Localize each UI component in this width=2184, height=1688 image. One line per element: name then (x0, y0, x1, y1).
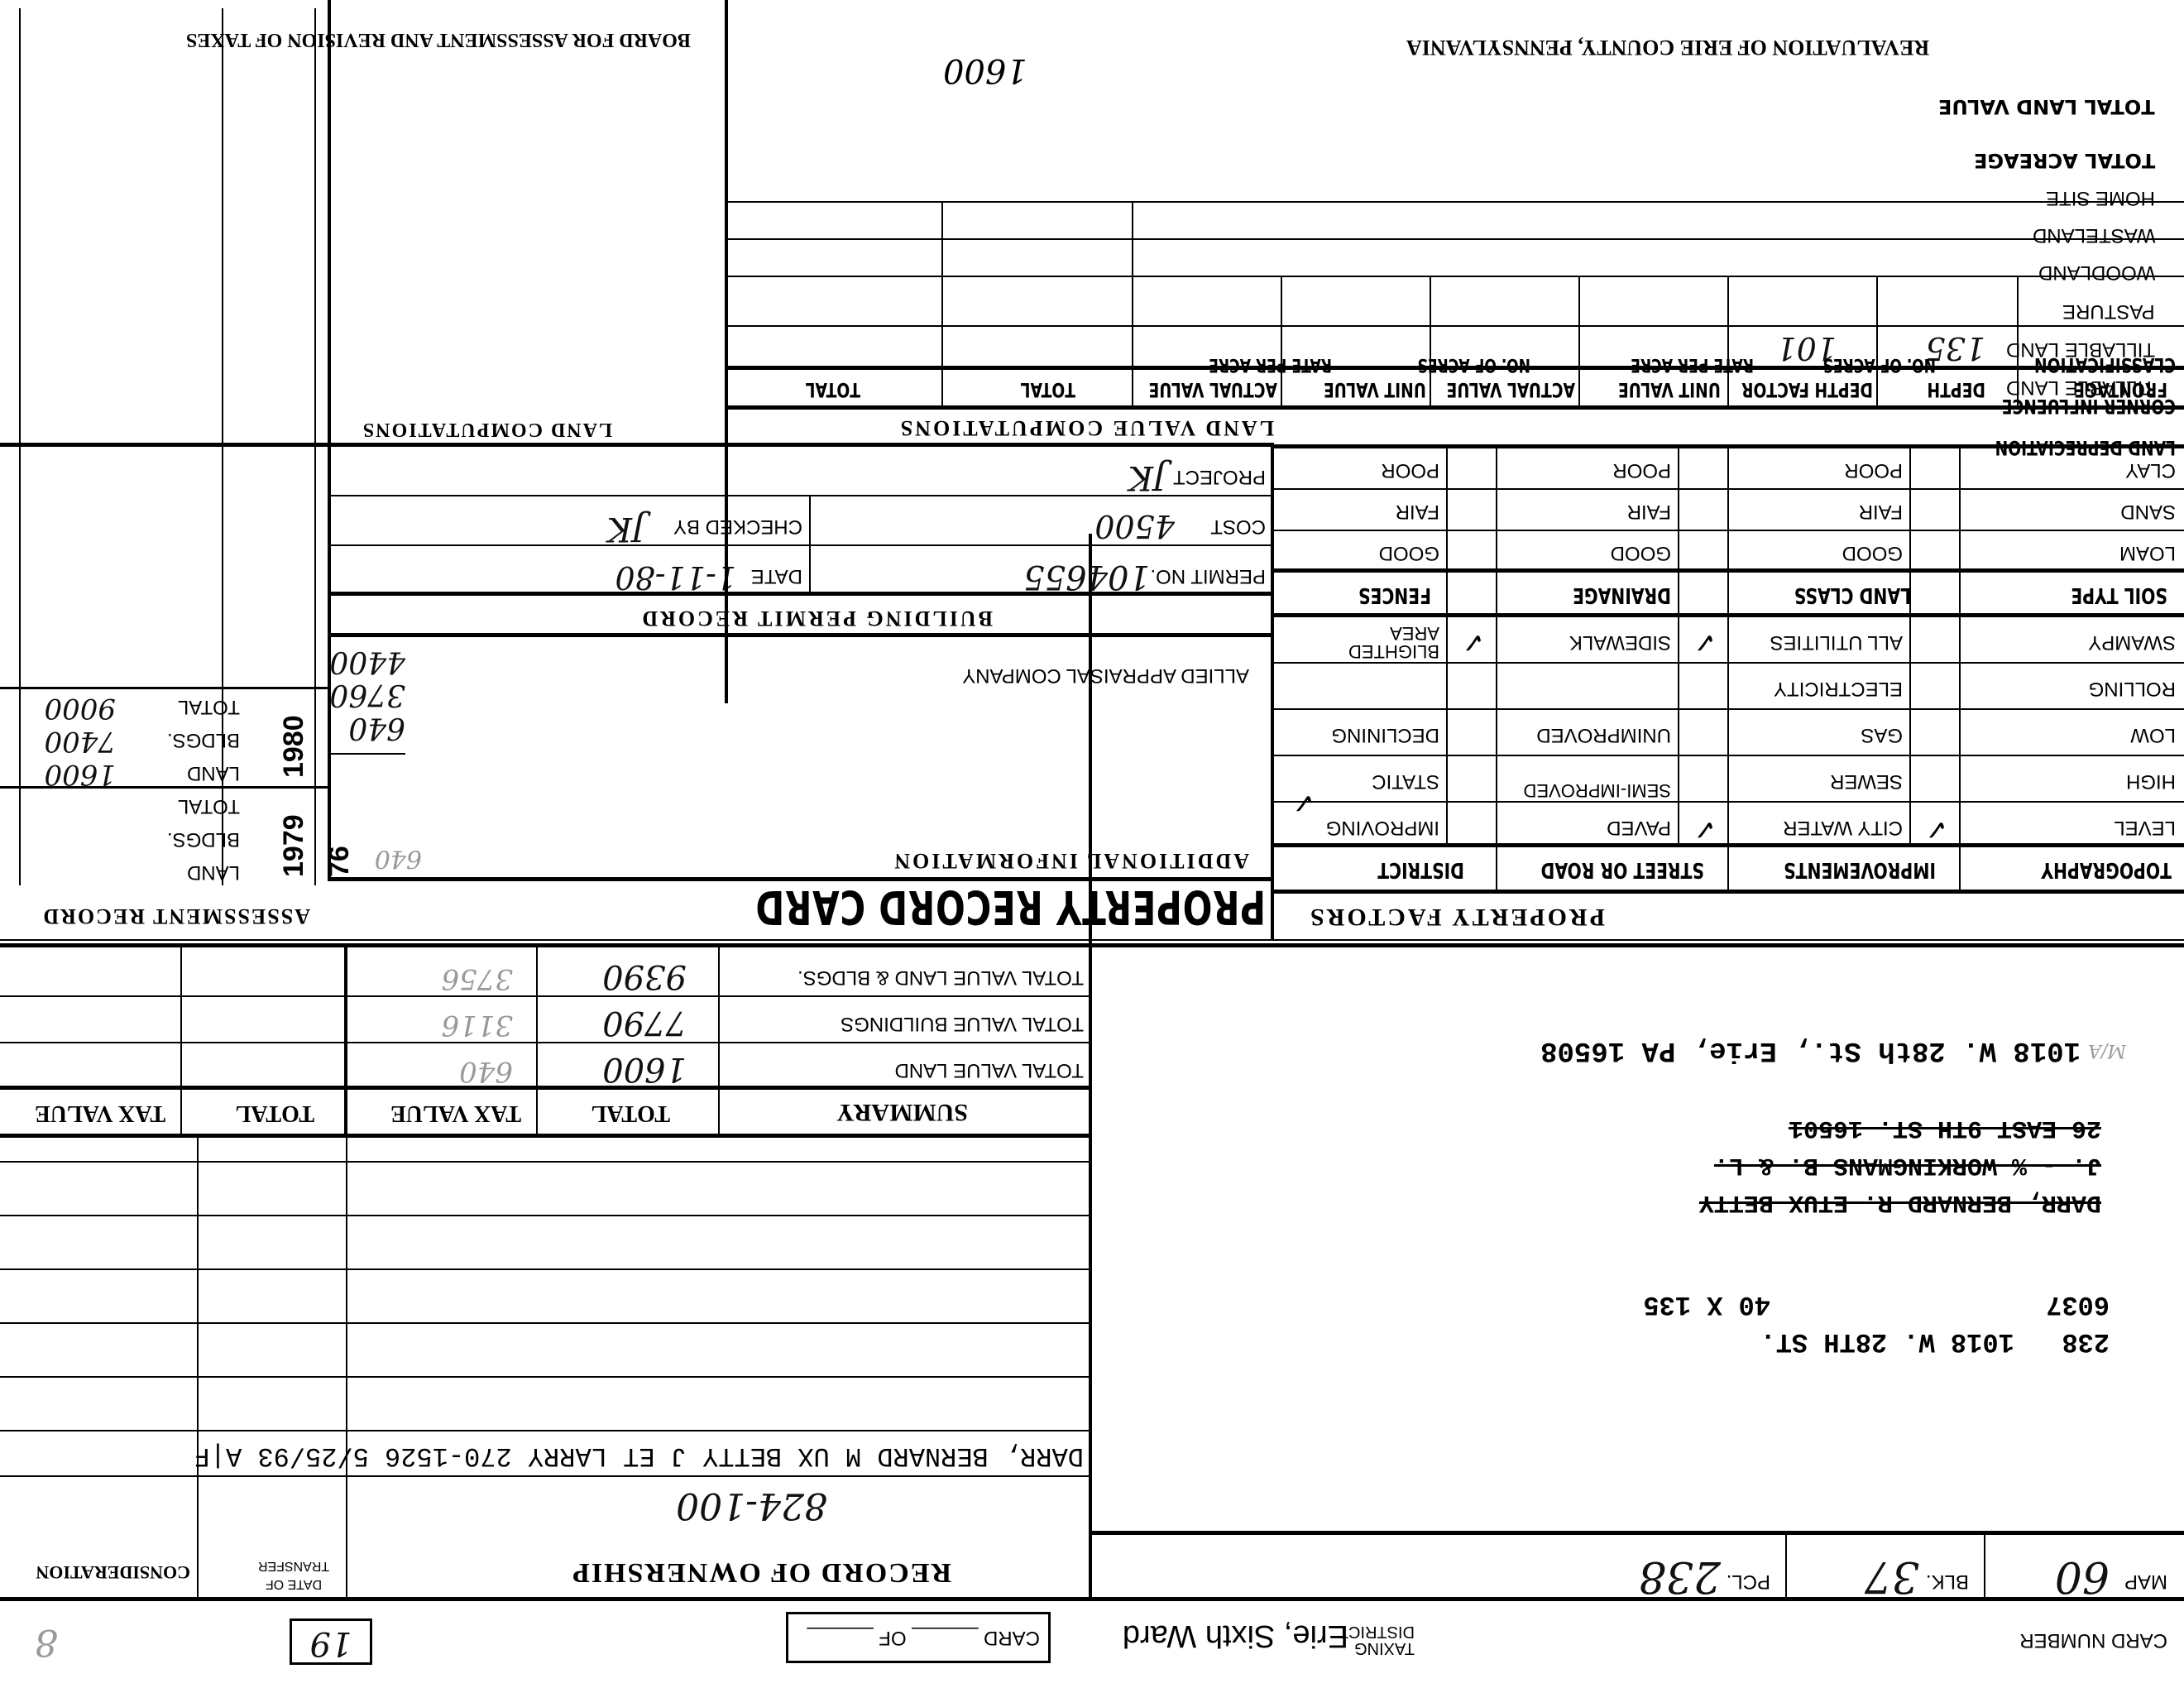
summary-title: SUMMARY (836, 1098, 968, 1126)
corner-mark: 8 (35, 1621, 58, 1663)
header-title-revaluation: REVALUATION OF ERIE COUNTY, PENNSYLVANIA (1406, 35, 1929, 60)
lv-header-actual-value-2: ACTUAL VALUE (1148, 378, 1277, 401)
cost-label: COST (1210, 515, 1266, 538)
cost-value: 4500 (1094, 508, 1175, 544)
fence-poor: POOR (1381, 458, 1439, 482)
blk-value: 37 (1865, 1551, 1919, 1601)
blk-label: BLK. (1926, 1570, 1969, 1593)
total-land-value: 1600 (943, 51, 1027, 89)
summary-col-total: TOTAL (591, 1100, 670, 1126)
lot-dimensions: 40 X 135 (1643, 1289, 1770, 1320)
summary-bldgs-tax: 3116 (441, 1009, 513, 1042)
permit-table: PERMIT NO. 104655 DATE 1-11-80 COST 4500… (331, 447, 1274, 596)
assessment-total-label: TOTAL (178, 695, 323, 718)
assessment-bldgs-label: BLDGS. (167, 827, 323, 851)
ownership-header: RECORD OF OWNERSHIP DATE OF TRANSFER CON… (0, 1535, 1092, 1601)
pf-paved-check[interactable]: ✓ (1693, 813, 1717, 846)
acre-row-pasture: PASTURE (2062, 300, 2155, 323)
property-address: 1018 W. 28TH ST. (1760, 1326, 2014, 1357)
lv-header-total-2: TOTAL (806, 378, 860, 401)
parcel-number: 238 (2062, 1326, 2110, 1357)
property-record-card-title: PROPERTY RECORD CARD (755, 880, 1266, 933)
summary-col-tax-value: TAX VALUE (390, 1100, 521, 1126)
property-code: 6037 (2046, 1289, 2110, 1320)
acre-row-total-acreage: TOTAL ACREAGE (1974, 149, 2155, 172)
header-title-board: BOARD FOR ASSESSMENT AND REVISION OF TAX… (186, 28, 691, 50)
pf-header-improvements: IMPROVEMENTS (1784, 857, 1936, 882)
drain-fair: FAIR (1627, 500, 1671, 523)
assessment-block-1980: 1980 LAND 1600 BLDGS. 7400 TOTAL 9000 (0, 687, 331, 786)
checked-by-value: JK (607, 510, 645, 548)
ownership-title: RECORD OF OWNERSHIP (571, 1556, 951, 1588)
additional-info-label: ADDITIONAL INFORMATION (892, 848, 1249, 873)
date-of-transfer-label: DATE OF TRANSFER (248, 1556, 339, 1593)
drain-good: GOOD (1611, 541, 1671, 564)
pf-gas: GAS (1861, 723, 1903, 746)
assessment-block-1979: 1979 76 LAND BLDGS. TOTAL (0, 786, 331, 885)
assessment-1980-bldgs: 7400 (44, 725, 116, 758)
assessment-total-label: TOTAL (178, 794, 323, 818)
permit-date-value: 1-11-80 (615, 559, 736, 596)
acre-row-tillable-2: TILLABLE LAND (2006, 338, 2155, 361)
pf2-header-fences: FENCES (1358, 583, 1431, 607)
pf-level: LEVEL (2114, 816, 2176, 839)
appraiser-name: ALLIED APPRAISAL COMPANY (962, 664, 1249, 687)
project-label: PROJECT (1173, 465, 1266, 488)
assessment-bldgs-label: BLDGS. (167, 728, 323, 751)
summary-grand-tax: 3756 (441, 962, 513, 995)
owner-struck-2: J. - % WORKINGMANS B. & L. (1714, 1151, 2101, 1179)
permit-date-label: DATE (751, 564, 802, 587)
pf-header-district: DISTRICT (1377, 857, 1464, 882)
acre-row-tillable-1: TILLABLE LAND (2006, 376, 2155, 399)
pf-sidewalk-check[interactable]: ✓ (1462, 626, 1486, 659)
pf-city-water: CITY WATER (1783, 816, 1903, 839)
taxing-district-value: Erie, Sixth Ward (1123, 1618, 1348, 1653)
owner-struck-1: DARR, BERNARD R. ETUX BETTY (1699, 1188, 2101, 1216)
checked-by-label: CHECKED BY (673, 515, 802, 538)
pf-header-street: STREET OR ROAD (1541, 857, 1704, 882)
box-number: 19 (290, 1618, 372, 1665)
pf-static: STATIC (1372, 770, 1439, 793)
pf-low: LOW (2130, 723, 2176, 746)
acre-row-wasteland: WASTELAND (2033, 223, 2155, 247)
pf-unimproved: UNIMPROVED (1536, 723, 1671, 746)
ownership-entry-2: DARR, BERNARD M UX BETTY J ET LARRY 270-… (194, 1441, 1084, 1471)
lv-header-unit-value-2: UNIT VALUE (1324, 378, 1426, 401)
assessment-land-label: LAND (187, 861, 323, 884)
pf-blighted-area: BLIGHTED AREA (1315, 624, 1439, 660)
map-value: 60 (2055, 1551, 2110, 1601)
note-640: 640 (348, 711, 405, 745)
assessment-land-label: LAND (187, 761, 323, 784)
assessment-1980-total: 9000 (44, 692, 116, 725)
pf-sewer: SEWER (1830, 770, 1903, 793)
summary-row-label-total: TOTAL VALUE LAND & BLDGS. (797, 966, 1084, 989)
note-4400: 4400 (329, 645, 405, 679)
note-3760: 3760 (329, 678, 405, 712)
pf-paved: PAVED (1607, 816, 1671, 839)
faint-note: 640 (375, 844, 422, 873)
summary-table: SUMMARY TOTAL TAX VALUE TOTAL TAX VALUE … (0, 947, 1092, 1138)
lv-header-actual-value-1: ACTUAL VALUE (1446, 378, 1575, 401)
summary-grand-total: 9390 (602, 957, 687, 995)
pf-high: HIGH (2126, 770, 2176, 793)
summary-row-label-land: TOTAL VALUE LAND (894, 1058, 1084, 1081)
assessment-record-title: ASSESSMENT RECORD (41, 904, 310, 928)
summary-row-label-bldgs: TOTAL VALUE BUILDINGS (841, 1012, 1084, 1035)
pf-static-check[interactable]: ✓ (1292, 786, 1316, 819)
acre-row-woodland: WOODLAND (2038, 261, 2155, 284)
pf-declining: DECLINING (1331, 723, 1439, 746)
land-value-computations-title: LAND VALUE COMPUTATIONS (898, 415, 1274, 440)
consideration-label: CONSIDERATION (36, 1561, 190, 1583)
mailing-prefix: M/A (2088, 1040, 2126, 1061)
summary-land-tax: 640 (459, 1055, 513, 1088)
project-value: JK (1128, 458, 1166, 496)
owner-struck-3: 26 EAST 9TH ST. 16501 (1789, 1114, 2101, 1142)
fence-good: GOOD (1379, 541, 1439, 564)
summary-extra-col-total: TOTAL (236, 1100, 314, 1126)
acre-row-home-site: HOME SITE (2046, 186, 2155, 209)
summary-bldgs-total: 7790 (602, 1004, 687, 1042)
map-blk-pcl-row: MAP 60 BLK. 37 PCL. 238 (1092, 1535, 2184, 1601)
pf-improving: IMPROVING (1326, 816, 1439, 839)
land-computations-label: LAND COMPUTATIONS (362, 418, 612, 440)
pf2-header-drainage: DRAINAGE (1573, 583, 1671, 607)
card-number-label: CARD NUMBER (2019, 1629, 2167, 1651)
pf-semi-improved: SEMI-IMPROVED (1522, 781, 1671, 799)
mailing-address: 1018 W. 28th St., Erie, PA 16508 (1540, 1034, 2081, 1066)
summary-land-total: 1600 (602, 1050, 687, 1088)
total-land-value-label: TOTAL LAND VALUE (1938, 95, 2155, 118)
ownership-entry-1: 824-100 (676, 1484, 827, 1527)
card-number-text: CARD NUMBER (2019, 1629, 2167, 1652)
drain-poor: POOR (1612, 458, 1671, 482)
permit-no-label: PERMIT NO. (1150, 564, 1266, 587)
fence-fair: FAIR (1396, 500, 1439, 523)
map-label: MAP (2124, 1570, 2167, 1593)
card-of-box: CARD ______ OF ______ (786, 1612, 1051, 1663)
building-permit-title: BUILDING PERMIT RECORD (639, 606, 993, 631)
pf-level-check[interactable]: ✓ (1925, 813, 1949, 846)
card-label: CARD (984, 1627, 1040, 1649)
assessment-record-table: 1979 76 LAND BLDGS. TOTAL 1980 LAND 1600… (0, 8, 331, 885)
acreage-label-column: TOTAL LAND VALUE TOTAL ACREAGE HOME SITE… (1688, 33, 2167, 712)
pcl-value: 238 (1639, 1551, 1721, 1601)
property-factors-title: PROPERTY FACTORS (1308, 903, 1605, 931)
permit-no-value: 104655 (1023, 558, 1150, 596)
pf-header-topography: TOPOGRAPHY (2041, 857, 2172, 882)
property-line-1: 238 1018 W. 28TH ST. (1760, 1326, 2110, 1357)
of-label: OF (879, 1627, 906, 1649)
assessment-1980-land: 1600 (44, 758, 116, 791)
assessment-side-1979: 76 (323, 846, 356, 877)
lv-header-total-1: TOTAL (1021, 378, 1075, 401)
pcl-label: PCL. (1727, 1570, 1770, 1593)
pf-sidewalk: SIDEWALK (1569, 631, 1671, 654)
summary-extra-col-tax: TAX VALUE (35, 1100, 165, 1126)
